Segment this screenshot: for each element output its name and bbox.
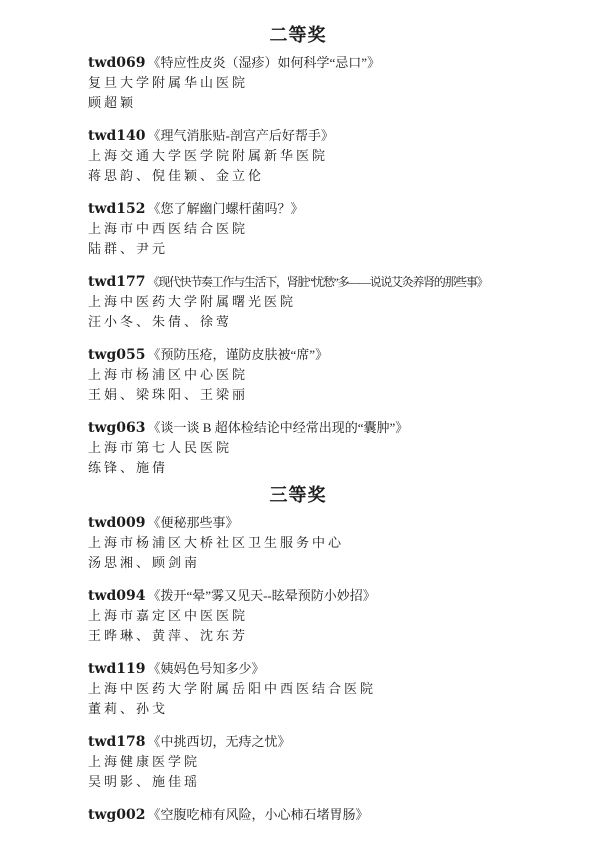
entry-authors: 吴明影、施佳瑶: [88, 772, 508, 792]
entry-title-line: twd177《现代快节奏工作与生活下，肾脏“忧愁”多——说说艾灸养肾的那些事》: [88, 272, 508, 292]
entry-organization: 上海交通大学医学院附属新华医院: [88, 146, 508, 166]
entry-organization: 上海市杨浦区大桥社区卫生服务中心: [88, 533, 508, 553]
entry-title: 《特应性皮炎（湿疹）如何科学“忌口”》: [148, 55, 381, 70]
entry-title-line: twd094《拨开“晕”雾又见天--眩晕预防小妙招》: [88, 586, 508, 606]
entry-title-line: twd069《特应性皮炎（湿疹）如何科学“忌口”》: [88, 53, 508, 73]
entry-code: twg063: [88, 420, 146, 436]
entry-code: twd178: [88, 734, 146, 750]
entry-organization: 上海中医药大学附属曙光医院: [88, 292, 508, 312]
entry-title-line: twd152《您了解幽门螺杆菌吗？》: [88, 199, 508, 219]
entry-code: twg055: [88, 347, 146, 363]
entry-organization: 上海健康医学院: [88, 752, 508, 772]
award-entry: twg002《空腹吃柿有风险，小心柿石堵胃肠》: [88, 805, 508, 825]
entry-authors: 陆群、尹元: [88, 239, 508, 259]
entry-organization: 上海市第七人民医院: [88, 438, 508, 458]
entry-title: 《中挑西切，无痔之忧》: [148, 734, 291, 749]
entry-code: twg002: [88, 807, 146, 823]
document-page: 二等奖 twd069《特应性皮炎（湿疹）如何科学“忌口”》 复旦大学附属华山医院…: [0, 0, 595, 841]
entry-title: 《拨开“晕”雾又见天--眩晕预防小妙招》: [148, 588, 376, 603]
section-heading-second-prize: 二等奖: [88, 23, 508, 48]
entry-authors: 王娟、梁珠阳、王梁丽: [88, 385, 508, 405]
entry-code: twd069: [88, 55, 146, 71]
entry-title-line: twd178《中挑西切，无痔之忧》: [88, 732, 508, 752]
entry-title: 《您了解幽门螺杆菌吗？》: [148, 201, 304, 216]
entry-authors: 练锋、施倩: [88, 458, 508, 478]
entry-title: 《预防压疮，谨防皮肤被“席”》: [148, 347, 329, 362]
entry-title-line: twd119《姨妈色号知多少》: [88, 659, 508, 679]
entry-title: 《现代快节奏工作与生活下，肾脏“忧愁”多——说说艾灸养肾的那些事》: [148, 275, 488, 289]
entry-code: twd009: [88, 515, 146, 531]
award-entry: twd119《姨妈色号知多少》 上海中医药大学附属岳阳中西医结合医院 董莉、孙戈: [88, 659, 508, 719]
entry-code: twd152: [88, 201, 146, 217]
section-heading-third-prize: 三等奖: [88, 483, 508, 508]
entry-organization: 上海市杨浦区中心医院: [88, 365, 508, 385]
entry-code: twd177: [88, 274, 146, 290]
entry-authors: 顾超颖: [88, 93, 508, 113]
entry-title-line: twg063《谈一谈 B 超体检结论中经常出现的“囊肿”》: [88, 418, 508, 438]
award-list: 二等奖 twd069《特应性皮炎（湿疹）如何科学“忌口”》 复旦大学附属华山医院…: [88, 23, 508, 838]
entry-title: 《空腹吃柿有风险，小心柿石堵胃肠》: [148, 807, 369, 822]
award-entry: twd009《便秘那些事》 上海市杨浦区大桥社区卫生服务中心 汤思湘、顾剑南: [88, 513, 508, 573]
entry-title: 《姨妈色号知多少》: [148, 661, 265, 676]
award-entry: twd069《特应性皮炎（湿疹）如何科学“忌口”》 复旦大学附属华山医院 顾超颖: [88, 53, 508, 113]
entry-organization: 复旦大学附属华山医院: [88, 73, 508, 93]
entry-title: 《理气消胀贴-剖宫产后好帮手》: [148, 128, 334, 143]
entry-authors: 王晔琳、黄萍、沈东芳: [88, 626, 508, 646]
entry-title-line: twg055《预防压疮，谨防皮肤被“席”》: [88, 345, 508, 365]
entry-title-line: twd009《便秘那些事》: [88, 513, 508, 533]
award-entry: twg063《谈一谈 B 超体检结论中经常出现的“囊肿”》 上海市第七人民医院 …: [88, 418, 508, 478]
entry-organization: 上海市嘉定区中医医院: [88, 606, 508, 626]
award-entry: twd140《理气消胀贴-剖宫产后好帮手》 上海交通大学医学院附属新华医院 蒋思…: [88, 126, 508, 186]
entry-title-line: twg002《空腹吃柿有风险，小心柿石堵胃肠》: [88, 805, 508, 825]
entry-title: 《谈一谈 B 超体检结论中经常出现的“囊肿”》: [148, 420, 409, 435]
section-second-prize: 二等奖 twd069《特应性皮炎（湿疹）如何科学“忌口”》 复旦大学附属华山医院…: [88, 23, 508, 478]
award-entry: twd177《现代快节奏工作与生活下，肾脏“忧愁”多——说说艾灸养肾的那些事》 …: [88, 272, 508, 332]
award-entry: twd152《您了解幽门螺杆菌吗？》 上海市中西医结合医院 陆群、尹元: [88, 199, 508, 259]
entry-authors: 汪小冬、朱倩、徐莺: [88, 312, 508, 332]
entry-organization: 上海中医药大学附属岳阳中西医结合医院: [88, 679, 508, 699]
entry-organization: 上海市中西医结合医院: [88, 219, 508, 239]
entry-authors: 董莉、孙戈: [88, 699, 508, 719]
entry-code: twd119: [88, 661, 146, 677]
entry-title-line: twd140《理气消胀贴-剖宫产后好帮手》: [88, 126, 508, 146]
award-entry: twg055《预防压疮，谨防皮肤被“席”》 上海市杨浦区中心医院 王娟、梁珠阳、…: [88, 345, 508, 405]
entry-code: twd094: [88, 588, 146, 604]
award-entry: twd178《中挑西切，无痔之忧》 上海健康医学院 吴明影、施佳瑶: [88, 732, 508, 792]
entry-code: twd140: [88, 128, 146, 144]
section-third-prize: 三等奖 twd009《便秘那些事》 上海市杨浦区大桥社区卫生服务中心 汤思湘、顾…: [88, 483, 508, 825]
award-entry: twd094《拨开“晕”雾又见天--眩晕预防小妙招》 上海市嘉定区中医医院 王晔…: [88, 586, 508, 646]
entry-title: 《便秘那些事》: [148, 515, 239, 530]
entry-authors: 汤思湘、顾剑南: [88, 553, 508, 573]
entry-authors: 蒋思韵、倪佳颖、金立伦: [88, 166, 508, 186]
